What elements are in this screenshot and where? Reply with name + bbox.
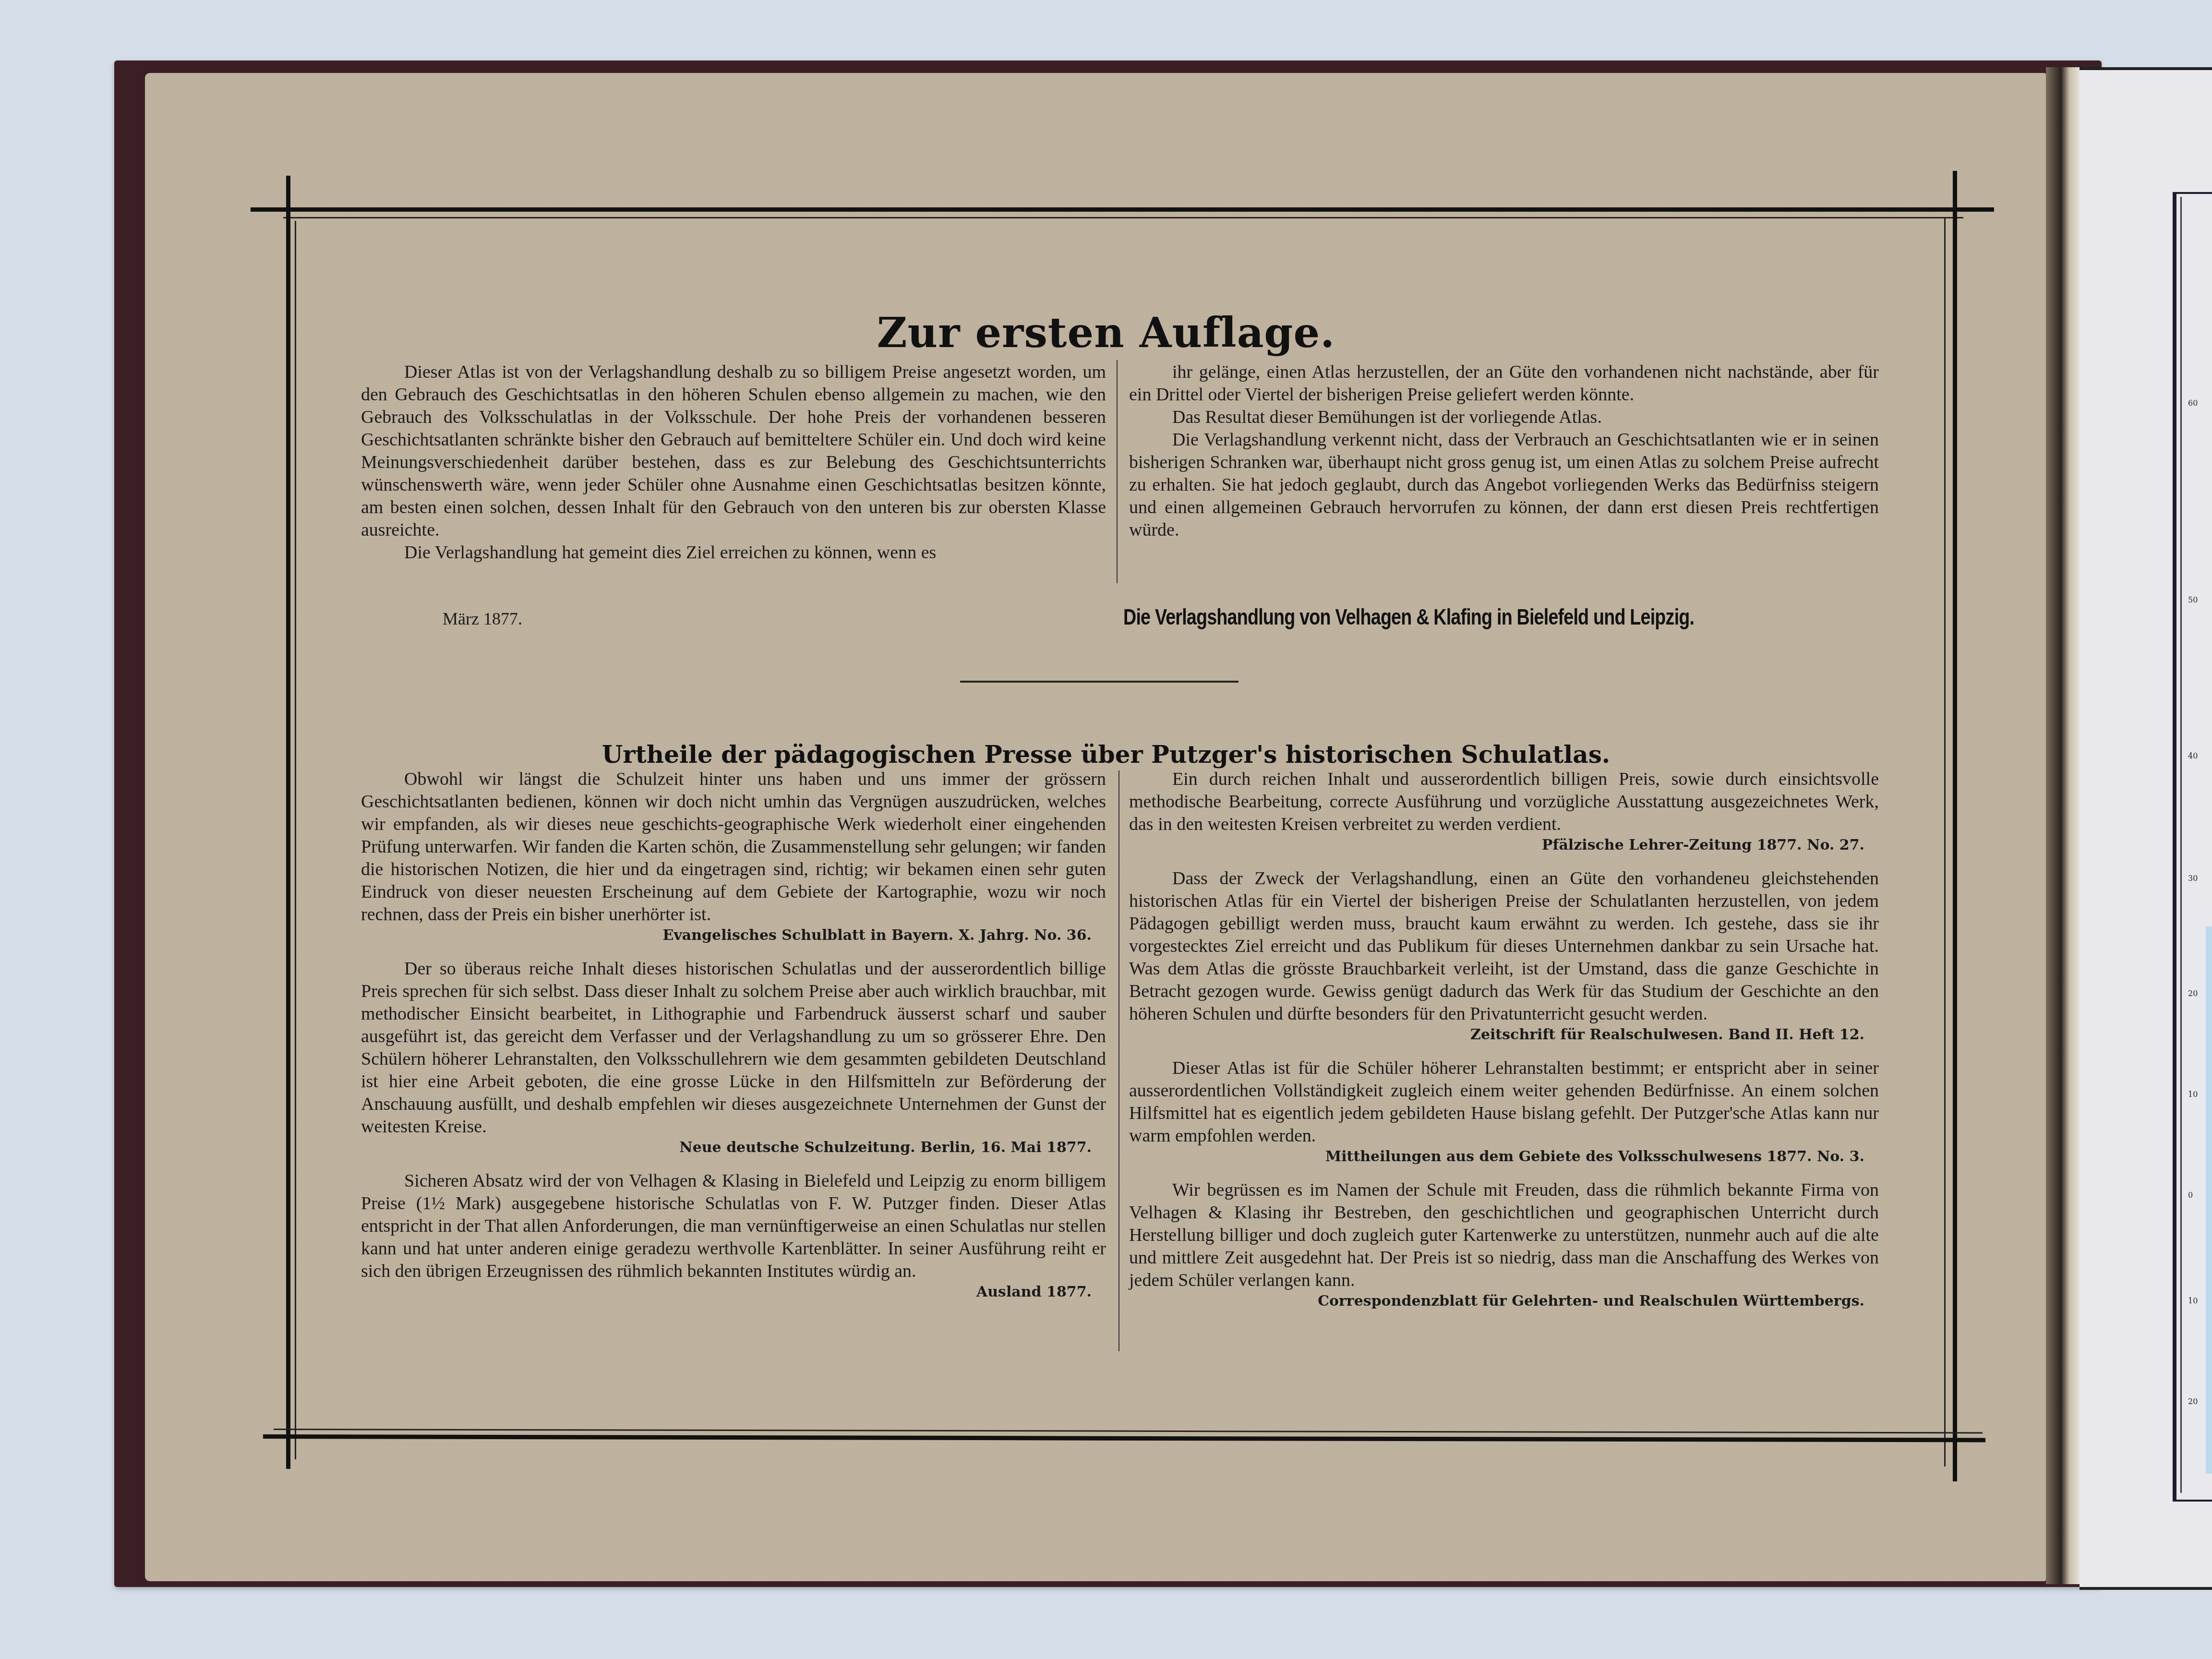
map-scale-label: 0 (2188, 1190, 2193, 1200)
map-scale-label: 10 (2188, 1296, 2198, 1305)
review-source: Ausland 1877. (361, 1283, 1106, 1302)
review-source: Pfälzische Lehrer-Zeitung 1877. No. 27. (1129, 836, 1879, 855)
paragraph: Die Verlagshandlung verkennt nicht, dass… (1129, 429, 1879, 541)
frame-top-thick (251, 207, 1994, 212)
review-text: Ein durch reichen Inhalt und ausserorden… (1129, 768, 1879, 836)
review-text: Dass der Zweck der Verlagshandlung, eine… (1129, 867, 1879, 1025)
preface-date: März 1877. (443, 609, 522, 629)
reviews-title: Urtheile der pädagogischen Presse über P… (0, 740, 2212, 769)
map-scale-label: 20 (2188, 989, 2198, 998)
page-title: Zur ersten Auflage. (0, 309, 2212, 357)
paragraph: Die Verlagshandlung hat gemeint dies Zie… (361, 541, 1106, 564)
review-source: Evangelisches Schulblatt in Bayern. X. J… (361, 926, 1106, 945)
map-sea-area (2206, 926, 2212, 1474)
reviews-left-column: Obwohl wir längst die Schulzeit hinter u… (361, 768, 1106, 1314)
preface-right-column: ihr gelänge, einen Atlas herzustellen, d… (1129, 361, 1879, 541)
paragraph: Dieser Atlas ist von der Verlagshandlung… (361, 361, 1106, 541)
map-scale-label: 20 (2188, 1397, 2198, 1406)
frame-right-thick (1953, 171, 1957, 1481)
preface-signature: Die Verlagshandlung von Velhagen & Klafi… (1123, 604, 1694, 630)
reviews-column-divider (1118, 770, 1119, 1351)
frame-left-thick (286, 176, 290, 1469)
preface-column-divider (1117, 360, 1118, 583)
review-source: Neue deutsche Schulzeitung. Berlin, 16. … (361, 1138, 1106, 1157)
frame-top-thin (283, 217, 1963, 218)
review-source: Mittheilungen aus dem Gebiete des Volkss… (1129, 1147, 1879, 1166)
review-text: Wir begrüssen es im Namen der Schule mit… (1129, 1179, 1879, 1292)
frame-left-thin (295, 221, 296, 1459)
review-source: Correspondenzblatt für Gelehrten- und Re… (1129, 1292, 1879, 1311)
section-divider (960, 681, 1238, 683)
paragraph: Das Resultat dieser Bemühungen ist der v… (1129, 406, 1879, 429)
map-scale-label: 30 (2188, 874, 2198, 883)
review-text: Der so überaus reiche Inhalt dieses hist… (361, 958, 1106, 1138)
review-source: Zeitschrift für Realschulwesen. Band II.… (1129, 1025, 1879, 1045)
map-scale-label: 10 (2188, 1090, 2198, 1099)
paragraph: ihr gelänge, einen Atlas herzustellen, d… (1129, 361, 1879, 406)
frame-right-thin (1944, 218, 1946, 1467)
map-scale-label: 60 (2188, 398, 2198, 408)
reviews-right-column: Ein durch reichen Inhalt und ausserorden… (1129, 768, 1879, 1323)
review-text: Dieser Atlas ist für die Schüler höherer… (1129, 1057, 1879, 1147)
book-gutter (2046, 67, 2080, 1584)
review-text: Obwohl wir längst die Schulzeit hinter u… (361, 768, 1106, 926)
preface-left-column: Dieser Atlas ist von der Verlagshandlung… (361, 361, 1106, 564)
map-scale-label: 50 (2188, 595, 2198, 604)
review-text: Sicheren Absatz wird der von Velhagen & … (361, 1170, 1106, 1283)
